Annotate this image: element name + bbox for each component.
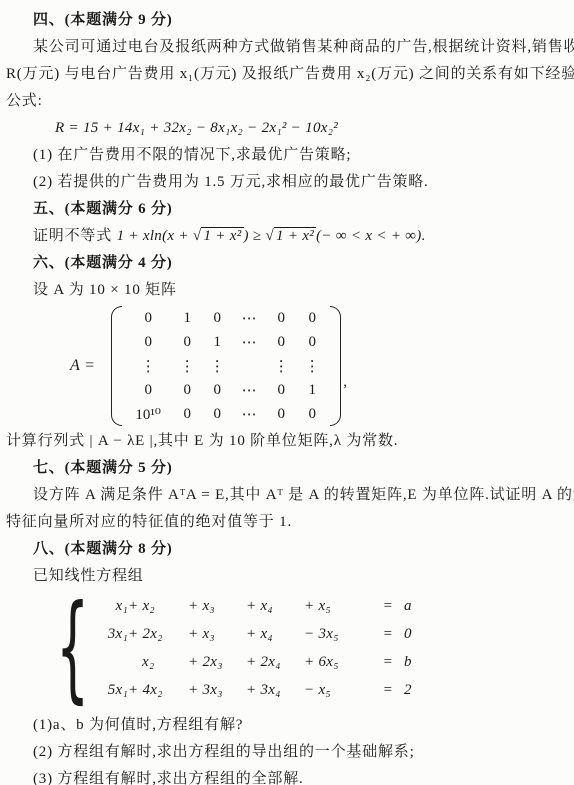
matrix-cell: 0: [183, 406, 191, 423]
equation-rhs: 0: [404, 626, 412, 643]
radical-icon: √: [265, 228, 274, 244]
equation-term: x₂: [128, 654, 154, 671]
left-paren: [111, 306, 122, 426]
scanned-exam-page: 四、(本题满分 9 分) 某公司可通过电台及报纸两种方式做销售某种商品的广告,根…: [0, 0, 574, 785]
matrix-cell: ⋮: [141, 357, 156, 376]
right-paren: [330, 306, 341, 426]
equation-rhs: b: [404, 654, 412, 671]
problem4-item-1: (1) 在广告费用不限的情况下,求最优广告策略;: [6, 142, 570, 169]
problem5-statement: 证明不等式 1 + xln(x + √1 + x²) ≥ √1 + x²(− ∞…: [6, 223, 570, 250]
matrix-lhs: A =: [70, 357, 95, 375]
equals-sign: =: [384, 626, 393, 643]
matrix-cell: 1: [183, 310, 191, 327]
matrix-cell: 1: [308, 382, 316, 399]
equation-term: + x₃: [188, 626, 215, 643]
sqrt-argument-2: 1 + x²: [274, 227, 316, 244]
equation-term: + x₄: [246, 598, 273, 615]
problem4-heading: 四、(本题满分 9 分): [6, 7, 570, 34]
equation-term: + x₃: [188, 598, 215, 615]
matrix-cell: 0: [183, 382, 191, 399]
matrix-cell: 1: [213, 334, 221, 351]
equation-term: + x₅: [304, 598, 331, 615]
equals-sign: =: [384, 682, 393, 699]
problem7-text-line1: 设方阵 A 满足条件 AᵀA = E,其中 Aᵀ 是 A 的转置矩阵,E 为单位…: [6, 482, 570, 509]
equation-rhs: 2: [404, 682, 412, 699]
equation-term: − 3x₅: [304, 626, 339, 643]
matrix-cell: 0: [144, 382, 152, 399]
matrix-cell: 0: [144, 334, 152, 351]
problem7-text-line2: 特征向量所对应的特征值的绝对值等于 1.: [6, 509, 570, 536]
equation-term: x₁: [116, 598, 128, 615]
problem4-text-line3: 公式:: [6, 88, 570, 115]
matrix-cell: 0: [183, 334, 191, 351]
equation-term: + 2x₄: [246, 654, 281, 671]
matrix-cell: 0: [277, 382, 285, 399]
equation-grid: x₁+ x₂+ x₃+ x₄+ x₅=a 3x₁+ 2x₂+ x₃+ x₄− 3…: [82, 592, 428, 704]
matrix-cell: 10¹⁰: [135, 405, 161, 424]
equation-system: { x₁+ x₂+ x₃+ x₄+ x₅=a 3x₁+ 2x₂+ x₃+ x₄−…: [56, 592, 570, 704]
left-brace: {: [56, 592, 68, 704]
problem6-outro: 计算行列式 | A − λE |,其中 E 为 10 阶单位矩阵,λ 为常数.: [6, 428, 570, 455]
matrix-cell: 0: [277, 310, 285, 327]
equation-rhs: a: [404, 598, 412, 615]
equals-sign: =: [384, 654, 393, 671]
problem4-item-2: (2) 若提供的广告费用为 1.5 万元,求相应的最优广告策略.: [6, 169, 570, 196]
equation-term: + x₄: [246, 626, 273, 643]
matrix-cell: ⋯: [242, 309, 257, 328]
equation-term: 5x₁: [108, 682, 128, 699]
matrix-cell: 0: [213, 406, 221, 423]
matrix-cell: 0: [277, 406, 285, 423]
matrix-cell: ⋯: [242, 405, 257, 424]
matrix-cell: 0: [308, 334, 316, 351]
equation-term: + 3x₃: [188, 682, 223, 699]
matrix-cell: ⋮: [305, 357, 320, 376]
equation-term: + x₂: [128, 598, 155, 615]
problem8-heading: 八、(本题满分 8 分): [6, 536, 570, 563]
problem6-intro: 设 A 为 10 × 10 矩阵: [6, 277, 570, 304]
matrix-cell: ⋮: [274, 357, 289, 376]
problem4-text-line1: 某公司可通过电台及报纸两种方式做销售某种商品的广告,根据统计资料,销售收入: [6, 34, 570, 61]
equation-term: 3x₁: [108, 626, 128, 643]
problem8-item-1: (1)a、b 为何值时,方程组有解?: [6, 712, 570, 739]
equation-term: + 3x₄: [246, 682, 281, 699]
equals-sign: =: [384, 598, 393, 615]
matrix-trailing-comma: ,: [343, 374, 347, 391]
matrix-cell: ⋮: [210, 357, 225, 376]
sqrt-argument-1: 1 + x²: [201, 227, 243, 244]
matrix-cell: ⋯: [242, 333, 257, 352]
matrix-cell: ⋯: [242, 381, 257, 400]
problem8-intro: 已知线性方程组: [6, 563, 570, 590]
problem4-revenue-formula: R = 15 + 14x₁ + 32x₂ − 8x₁x₂ − 2x₁² − 10…: [6, 115, 570, 142]
matrix-cell: 0: [144, 310, 152, 327]
matrix-grid: 010⋯00 001⋯00 ⋮⋮⋮⋮⋮ 000⋯01 10¹⁰00⋯00: [122, 306, 330, 426]
equation-term: − x₅: [304, 682, 331, 699]
problem4-text-line2: R(万元) 与电台广告费用 x₁(万元) 及报纸广告费用 x₂(万元) 之间的关…: [6, 61, 570, 88]
problem8-item-2: (2) 方程组有解时,求出方程组的导出组的一个基础解系;: [6, 739, 570, 766]
matrix-cell: 0: [213, 382, 221, 399]
problem5-label: 证明不等式: [33, 228, 117, 244]
problem7-heading: 七、(本题满分 5 分): [6, 455, 570, 482]
equation-term: + 4x₂: [128, 682, 163, 699]
sqrt-expression-1: √1 + x²: [193, 223, 244, 250]
problem6-heading: 六、(本题满分 4 分): [6, 250, 570, 277]
matrix-A: A = 010⋯00 001⋯00 ⋮⋮⋮⋮⋮ 000⋯01 10¹⁰00⋯00…: [70, 304, 570, 428]
equation-term: + 2x₂: [128, 626, 163, 643]
problem5-domain-note: (− ∞ < x < + ∞).: [316, 228, 426, 244]
problem5-expression-prefix: 1 + xln(x +: [117, 228, 193, 244]
matrix-cell: 0: [277, 334, 285, 351]
equation-term: + 6x₅: [304, 654, 339, 671]
matrix-cell: ⋮: [180, 357, 195, 376]
matrix-cell: 0: [308, 406, 316, 423]
matrix-cell: 0: [308, 310, 316, 327]
matrix-cell: 0: [213, 310, 221, 327]
equation-term: + 2x₃: [188, 654, 223, 671]
problem8-item-3: (3) 方程组有解时,求出方程组的全部解.: [6, 766, 570, 785]
problem5-heading: 五、(本题满分 6 分): [6, 196, 570, 223]
sqrt-expression-2: √1 + x²: [265, 223, 316, 250]
inequality-sign: ) ≥: [244, 228, 266, 244]
